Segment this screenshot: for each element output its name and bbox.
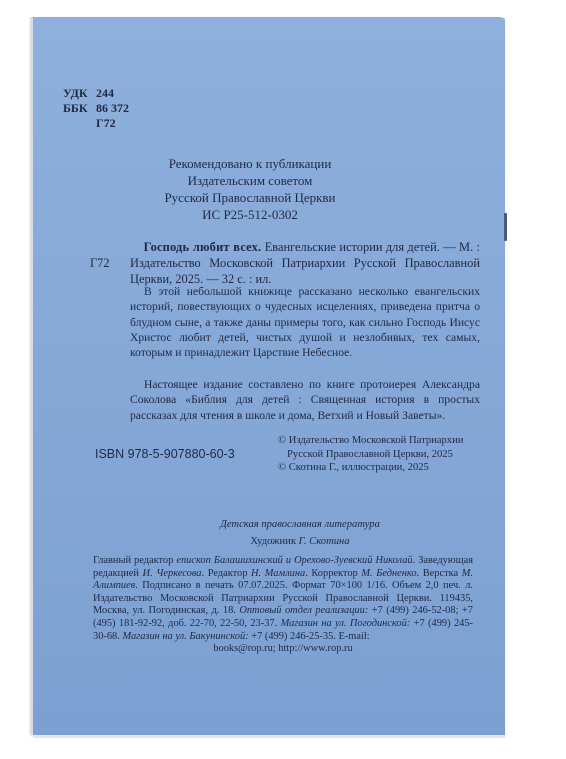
editor-in-chief: епископ Балашихинский и Орехово-Зуевский… — [176, 555, 412, 566]
staple-clip — [504, 213, 507, 241]
artist-name: Г. Скотина — [299, 536, 350, 547]
book-title: Господь любит всех. — [144, 240, 262, 254]
series-name: Детская православная литература — [80, 519, 520, 530]
store-pogodinskaya-label: Магазин на ул. Погодинской: — [281, 618, 411, 629]
annotation-paragraph-1: В этой небольшой книжице рассказано неск… — [130, 284, 480, 360]
bbk-value: 86 372 — [96, 101, 129, 116]
store-bakuninskaya-label: Магазин на ул. Бакунинской: — [122, 631, 248, 642]
recommendation-block: Рекомендовано к публикации Издательским … — [70, 155, 430, 223]
managing-editor: И. Черкесова — [143, 568, 202, 579]
copyright-line: Русской Православной Церкви, 2025 — [278, 448, 463, 462]
editor: Н. Мамлина — [251, 568, 305, 579]
recommendation-line: Рекомендовано к публикации — [70, 155, 430, 172]
recommendation-line: Русской Православной Церкви — [70, 189, 430, 206]
colophon-text: Главный редактор — [93, 555, 176, 566]
contact-email-url: books@rop.ru; http://www.rop.ru — [93, 643, 473, 656]
copyright-line: © Скотина Г., иллюстрации, 2025 — [278, 461, 463, 475]
colophon: Главный редактор епископ Балашихинский и… — [93, 555, 473, 656]
author-sign: Г72 — [96, 116, 116, 131]
colophon-text: . Редактор — [201, 568, 251, 579]
bibliographic-record: Господь любит всех. Евангельские истории… — [130, 239, 480, 287]
artist-credit: Художник Г. Скотина — [80, 536, 520, 547]
recommendation-line: Издательским советом — [70, 172, 430, 189]
colophon-text: . Корректор — [305, 568, 361, 579]
wholesale-label: Оптовый отдел реализации: — [239, 605, 368, 616]
udk-value: 244 — [96, 86, 114, 101]
isbn: ISBN 978-5-907880-60-3 — [95, 447, 235, 461]
recommendation-number: ИС Р25-512-0302 — [70, 206, 430, 223]
artist-label: Художник — [250, 536, 298, 547]
colophon-text: +7 (499) 246-25-35. E-mail: — [249, 631, 370, 642]
bbk-row: ББК 86 372 — [63, 101, 129, 116]
copyright-block: © Издательство Московской Патриархии Рус… — [278, 434, 463, 475]
proofreader: М. Бедненко — [361, 568, 416, 579]
author-sign-row: Г72 — [63, 116, 129, 131]
bbk-label: ББК — [63, 101, 96, 116]
copyright-line: © Издательство Московской Патриархии — [278, 434, 463, 448]
classification-codes: УДК 244 ББК 86 372 Г72 — [63, 86, 129, 131]
colophon-text: . Верстка — [417, 568, 462, 579]
annotation-paragraph-2: Настоящее издание составлено по книге пр… — [130, 377, 480, 423]
bibliographic-code: Г72 — [90, 255, 110, 271]
udk-label: УДК — [63, 86, 96, 101]
udk-row: УДК 244 — [63, 86, 129, 101]
